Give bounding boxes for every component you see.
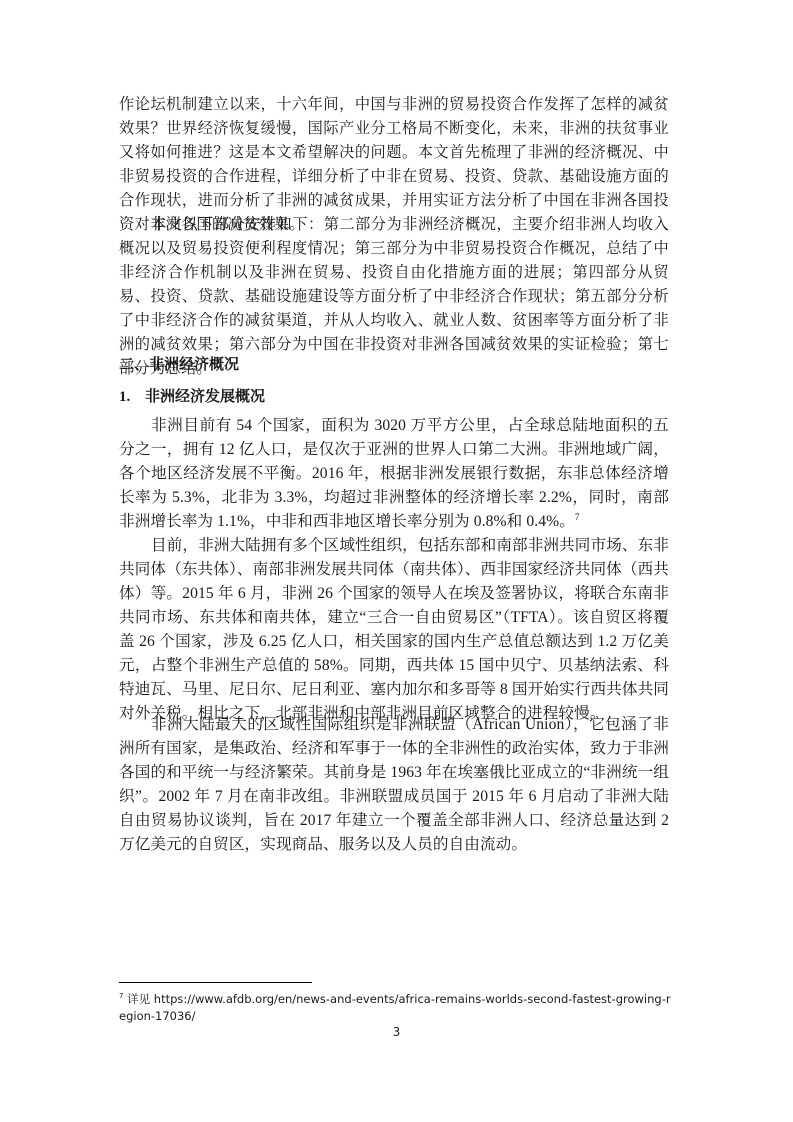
subsection-number: 1.: [119, 389, 145, 406]
paragraph-overview: 非洲目前有 54 个国家，面积为 3020 万平方公里，占全球总陆地面积的五分之…: [119, 414, 669, 534]
subsection-title: 非洲经济发展概况: [145, 387, 265, 405]
paragraph-regional-orgs: 目前，非洲大陆拥有多个区域性组织，包括东部和南部非洲共同市场、东非共同体（东共体…: [119, 534, 669, 726]
footnote-divider: [119, 982, 312, 983]
page-number: 3: [0, 1025, 793, 1039]
footnote: 7 详见 https://www.afdb.org/en/news-and-ev…: [119, 991, 674, 1025]
footnote-text: 详见 https://www.afdb.org/en/news-and-even…: [119, 992, 671, 1023]
footnote-ref[interactable]: 7: [575, 512, 580, 522]
subsection-heading: 1.非洲经济发展概况: [119, 385, 265, 406]
paragraph-african-union: 非洲大陆最大的区域性国际组织是非洲联盟（African Union），它包涵了非…: [119, 713, 669, 857]
paragraph-overview-text: 非洲目前有 54 个国家，面积为 3020 万平方公里，占全球总陆地面积的五分之…: [119, 417, 669, 530]
section-heading: 二、非洲经济概况: [119, 353, 239, 374]
document-page: 作论坛机制建立以来，十六年间，中国与非洲的贸易投资合作发挥了怎样的减贫效果？世界…: [0, 0, 793, 1122]
